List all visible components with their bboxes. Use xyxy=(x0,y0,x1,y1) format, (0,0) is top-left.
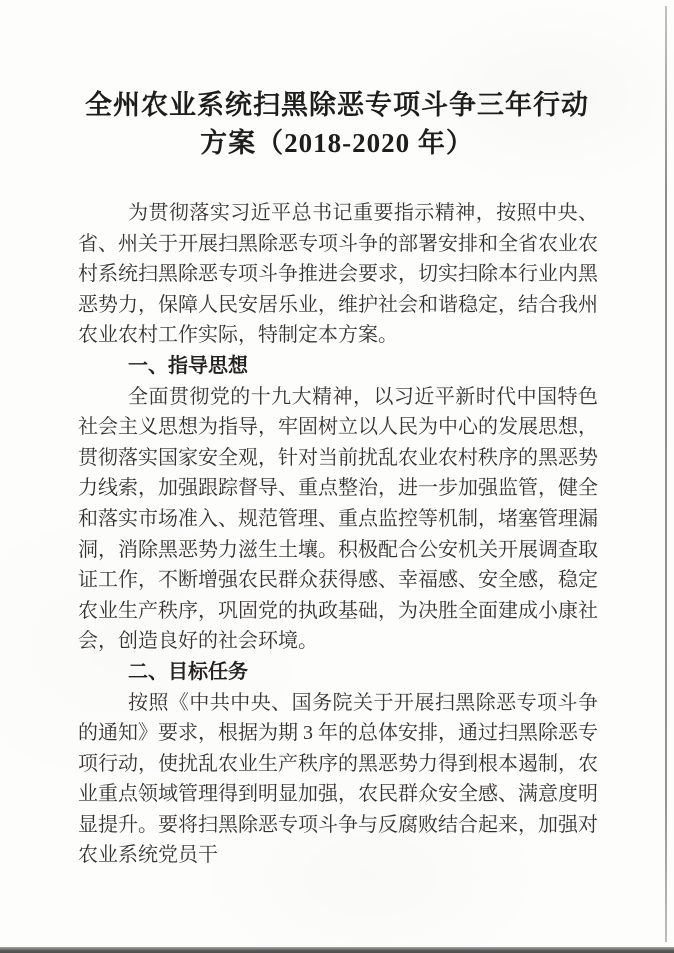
section-heading-2-target-tasks: 二、目标任务 xyxy=(78,657,598,688)
document-title: 全州农业系统扫黑除恶专项斗争三年行动 方案（2018-2020 年） xyxy=(48,86,626,162)
document-title-line-2: 方案（2018-2020 年） xyxy=(48,124,626,162)
scan-bottom-shadow-band xyxy=(0,947,674,953)
section-1-paragraph: 全面贯彻党的十九大精神，以习近平新时代中国特色社会主义思想为指导，牢固树立以人民… xyxy=(78,382,598,657)
intro-paragraph: 为贯彻落实习近平总书记重要指示精神，按照中央、省、州关于开展扫黑除恶专项斗争的部… xyxy=(78,198,598,351)
section-heading-1-guiding-ideology: 一、指导思想 xyxy=(78,351,598,382)
scan-right-edge-line xyxy=(665,6,667,942)
document-title-line-1: 全州农业系统扫黑除恶专项斗争三年行动 xyxy=(48,86,626,124)
section-2-paragraph: 按照《中共中央、国务院关于开展扫黑除恶专项斗争的通知》要求，根据为期 3 年的总… xyxy=(78,688,598,872)
scanned-document-page: 全州农业系统扫黑除恶专项斗争三年行动 方案（2018-2020 年） 为贯彻落实… xyxy=(0,0,674,953)
document-body: 为贯彻落实习近平总书记重要指示精神，按照中央、省、州关于开展扫黑除恶专项斗争的部… xyxy=(78,198,598,871)
